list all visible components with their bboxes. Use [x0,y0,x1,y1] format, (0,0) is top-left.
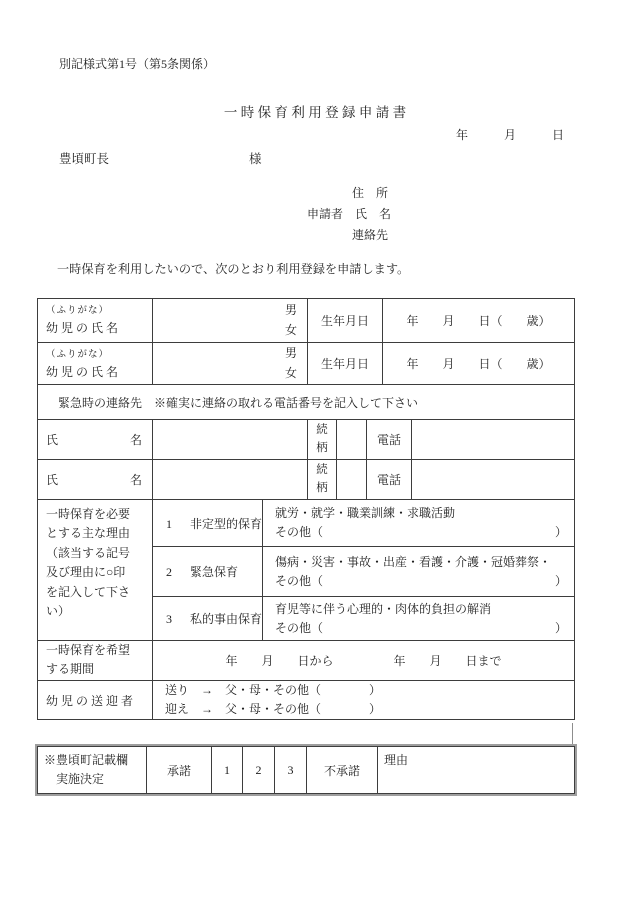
child-row-2: （ふりがな） 幼 児 の 氏 名 男 女 生年月日 年 月 日（ 歳） [38,343,575,385]
phone-label: 電話 [367,460,412,500]
escort-pickup-line: 迎え → 父・母・その他（ ） [165,700,574,719]
escort-row: 幼 児 の 送 迎 者 送り → 父・母・その他（ ） 迎え → 父・母・その他… [38,680,575,720]
birthdate-label: 生年月日 [308,343,383,385]
care-description: 就労・就学・職業訓練・求職活動 [275,504,567,523]
child-name-entry-gender: 男 女 [153,299,308,343]
other-open: その他（ [275,523,323,542]
relation-label: 続 柄 [308,420,337,460]
birthdate-entry: 年 月 日（ 歳） [383,299,575,343]
other-close: ） [555,523,567,542]
child-name-entry-gender: 男 女 [153,343,308,385]
option-3: 3 [275,747,307,794]
reason-row-1: 一時保育を必要 とする主な理由 （該当する記号 及び理由に○印 を記入して下さ … [38,500,575,547]
other-open: その他（ [275,619,323,638]
emergency-header-row: 緊急時の連絡先 ※確実に連絡の取れる電話番号を記入して下さい [38,385,575,420]
reason-section-label: 一時保育を必要 とする主な理由 （該当する記号 及び理由に○印 を記入して下さ … [38,500,153,641]
child-row-1: （ふりがな） 幼 児 の 氏 名 男 女 生年月日 年 月 日（ 歳） [38,299,575,343]
care-type-cell: 1 非定型的保育 [153,500,263,547]
applicant-contact-label: 連絡先 [352,226,388,243]
approve-label: 承諾 [147,747,212,794]
document-title: 一 時 保 育 利 用 登 録 申 請 書 [0,101,630,121]
relation-label: 続 柄 [308,460,337,500]
addressee: 豊頃町長 [59,149,109,167]
office-use-table: ※豊頃町記載欄 実施決定 承諾 1 2 3 不承諾 理由 [37,746,575,794]
contact-name-entry [153,460,308,500]
contact-name-label: 氏 名 [38,460,153,500]
other-close: ） [555,619,567,638]
period-entry: 年 月 日から 年 月 日まで [153,641,575,680]
other-line: その他（ ） [275,523,567,542]
care-type-number: 3 [166,612,172,627]
applicant-name-line: 申請者 氏 名 [307,205,391,222]
care-type-description-cell: 育児等に伴う心理的・肉体的負担の解消 その他（ ） [263,597,575,641]
other-close: ） [555,572,567,591]
office-section-label: ※豊頃町記載欄 実施決定 [38,747,147,794]
contact-name-entry [153,420,308,460]
other-open: その他（ [275,572,323,591]
child-name-label-cell: （ふりがな） 幼 児 の 氏 名 [38,343,153,385]
child-name-label: 幼 児 の 氏 名 [46,319,146,336]
other-line: その他（ ） [275,619,567,638]
care-type-description-cell: 傷病・災害・事故・出産・看護・介護・冠婚葬祭・ その他（ ） [263,547,575,597]
escort-dropoff-line: 送り → 父・母・その他（ ） [165,681,574,700]
child-name-label: 幼 児 の 氏 名 [46,363,146,380]
care-type-cell: 3 私的事由保育 [153,597,263,641]
furigana-label: （ふりがな） [46,346,146,360]
applicant-address-label: 住 所 [352,184,388,201]
form-number: 別記様式第1号（第5条関係） [59,55,215,72]
emergency-contact-note: 緊急時の連絡先 ※確実に連絡の取れる電話番号を記入して下さい [38,385,575,420]
decision-reason-cell: 理由 [378,747,575,794]
relation-entry [337,460,367,500]
phone-label: 電話 [367,420,412,460]
date-line: 年 月 日 [456,126,564,143]
care-type-description-cell: 就労・就学・職業訓練・求職活動 その他（ ） [263,500,575,547]
care-description: 傷病・災害・事故・出産・看護・介護・冠婚葬祭・ [275,553,567,572]
other-line: その他（ ） [275,572,567,591]
escort-label: 幼 児 の 送 迎 者 [38,680,153,720]
care-type-number: 2 [166,565,172,580]
child-name-label-cell: （ふりがな） 幼 児 の 氏 名 [38,299,153,343]
table-connector-line [572,723,573,746]
care-description: 育児等に伴う心理的・肉体的負担の解消 [275,600,567,619]
emergency-contact-row-1: 氏 名 続 柄 電話 [38,420,575,460]
main-form-table: （ふりがな） 幼 児 の 氏 名 男 女 生年月日 年 月 日（ 歳） （ふりが… [37,298,575,720]
application-form-page: 別記様式第1号（第5条関係） 一 時 保 育 利 用 登 録 申 請 書 年 月… [0,0,630,903]
phone-entry [412,420,575,460]
addressee-honorific: 様 [249,149,262,167]
period-label: 一時保育を希望 する期間 [38,641,153,680]
reject-label: 不承諾 [307,747,378,794]
period-row: 一時保育を希望 する期間 年 月 日から 年 月 日まで [38,641,575,680]
care-type-name: 緊急保育 [190,563,238,580]
escort-entry-cell: 送り → 父・母・その他（ ） 迎え → 父・母・その他（ ） [153,680,575,720]
care-type-name: 私的事由保育 [190,610,262,627]
option-2: 2 [243,747,275,794]
relation-entry [337,420,367,460]
birthdate-label: 生年月日 [308,299,383,343]
office-use-row: ※豊頃町記載欄 実施決定 承諾 1 2 3 不承諾 理由 [38,747,575,794]
option-1: 1 [212,747,243,794]
phone-entry [412,460,575,500]
care-type-cell: 2 緊急保育 [153,547,263,597]
emergency-contact-row-2: 氏 名 続 柄 電話 [38,460,575,500]
birthdate-entry: 年 月 日（ 歳） [383,343,575,385]
care-type-name: 非定型的保育 [190,515,262,532]
furigana-label: （ふりがな） [46,302,146,316]
care-type-number: 1 [166,517,172,532]
contact-name-label: 氏 名 [38,420,153,460]
intro-sentence: 一時保育を利用したいので、次のとおり利用登録を申請します。 [57,260,409,277]
